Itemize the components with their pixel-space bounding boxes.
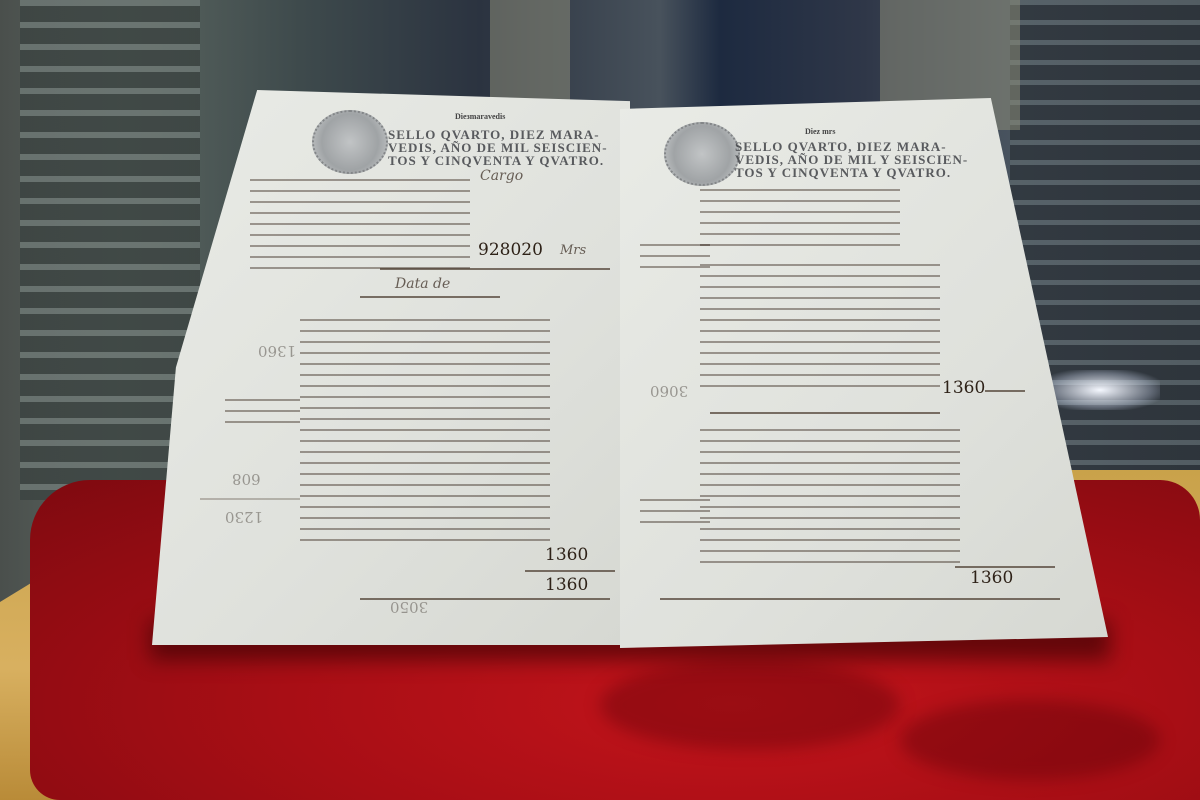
margin-number: 1230 xyxy=(225,508,263,526)
ruled-line xyxy=(360,296,500,298)
stamp-header: Diez mrs xyxy=(805,127,835,136)
ruled-line xyxy=(200,498,300,500)
margin-note xyxy=(640,490,710,530)
margin-number: 1360 xyxy=(258,342,296,360)
cloth-fold xyxy=(900,700,1160,780)
ruled-line xyxy=(380,268,610,270)
margin-note xyxy=(225,390,300,430)
light-reflection xyxy=(1040,370,1160,410)
heading-cargo: Cargo xyxy=(480,168,523,184)
total-amount: 1360 xyxy=(545,575,588,595)
ruled-line xyxy=(525,570,615,572)
royal-seal-icon xyxy=(664,122,740,186)
ruled-line xyxy=(660,598,1060,600)
total-amount: 1360 xyxy=(545,545,588,565)
handwritten-text xyxy=(300,310,550,550)
total-amount: 1360 xyxy=(942,378,985,398)
amount-main: 928020 xyxy=(478,240,543,260)
section-title: Data de xyxy=(395,276,450,292)
amount-suffix: Mrs xyxy=(560,243,586,258)
stamp-line: TOS Y CINQVENTA Y QVATRO. xyxy=(735,166,951,179)
royal-seal-icon xyxy=(312,110,388,174)
total-amount: 1360 xyxy=(970,568,1013,588)
handwritten-text xyxy=(700,180,900,250)
ruled-line xyxy=(710,412,940,414)
stamp-header: Dieзmaravedis xyxy=(455,112,505,121)
stamp-line: TOS Y CINQVENTA Y QVATRO. xyxy=(388,154,604,167)
margin-number: 608 xyxy=(232,470,261,488)
ruled-line xyxy=(985,390,1025,392)
handwritten-text xyxy=(700,420,960,570)
handwritten-text xyxy=(250,170,470,270)
margin-number: 3060 xyxy=(650,382,688,400)
handwritten-text xyxy=(700,255,940,395)
cloth-fold xyxy=(600,660,900,750)
footer-number: 3050 xyxy=(390,598,428,616)
